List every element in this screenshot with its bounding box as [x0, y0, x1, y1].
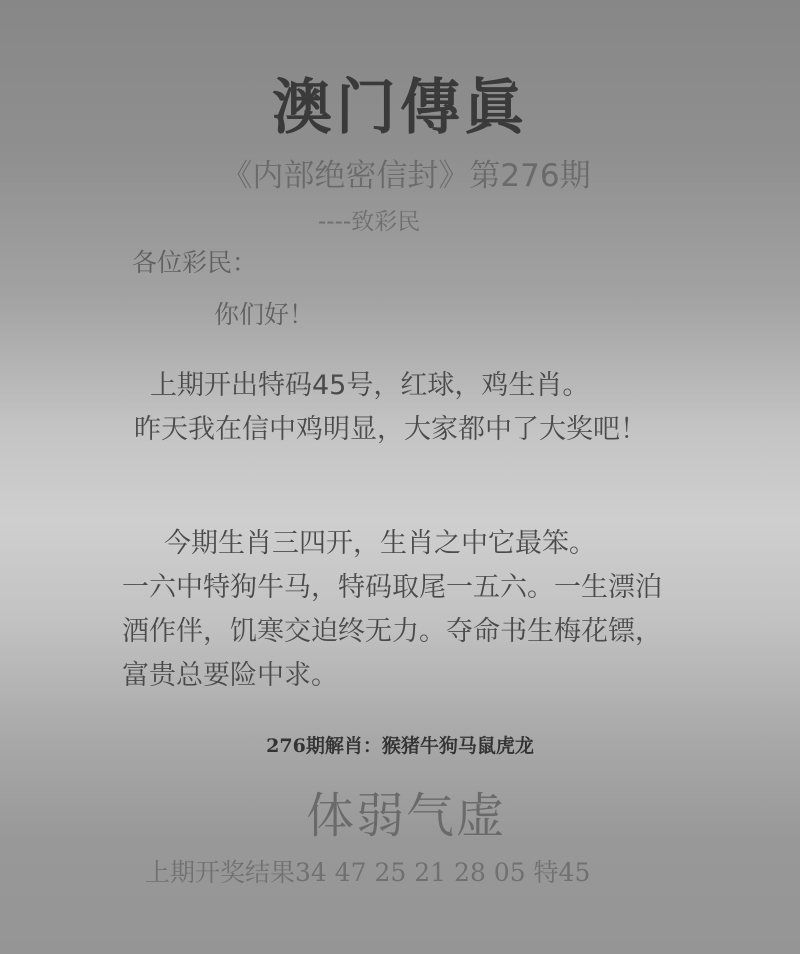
paragraph-text: 一六中特狗牛马，特码取尾一五六。一生漂泊酒作伴，饥寒交迫终无力。夺命书生梅花镖，…: [122, 572, 662, 691]
paragraph-text: 昨天我在信中鸡明显，大家都中了大奖吧！: [134, 414, 647, 445]
paragraph-line: 今期生肖三四开，生肖之中它最笨。: [122, 522, 682, 566]
zodiac-hint: 276期解肖：猴猪牛狗马鼠虎龙: [0, 731, 800, 758]
greeting: 你们好！: [214, 295, 314, 331]
paragraph-line: 上期开出特码45号，红球，鸡生肖。: [134, 364, 674, 408]
page-title: 澳门傳眞: [0, 60, 800, 146]
issue-subtitle: 《内部绝密信封》第276期: [0, 150, 800, 195]
hint-phrase: 体弱气虚: [0, 777, 800, 846]
paragraph-prediction: 今期生肖三四开，生肖之中它最笨。 一六中特狗牛马，特码取尾一五六。一生漂泊酒作伴…: [122, 522, 682, 698]
salutation: 各位彩民：: [132, 243, 257, 279]
addressee: ----致彩民: [318, 203, 420, 236]
paragraph-last-result: 上期开出特码45号，红球，鸡生肖。 昨天我在信中鸡明显，大家都中了大奖吧！: [134, 364, 674, 452]
last-draw-result: 上期开奖结果34 47 25 21 28 05 特45: [145, 853, 590, 889]
